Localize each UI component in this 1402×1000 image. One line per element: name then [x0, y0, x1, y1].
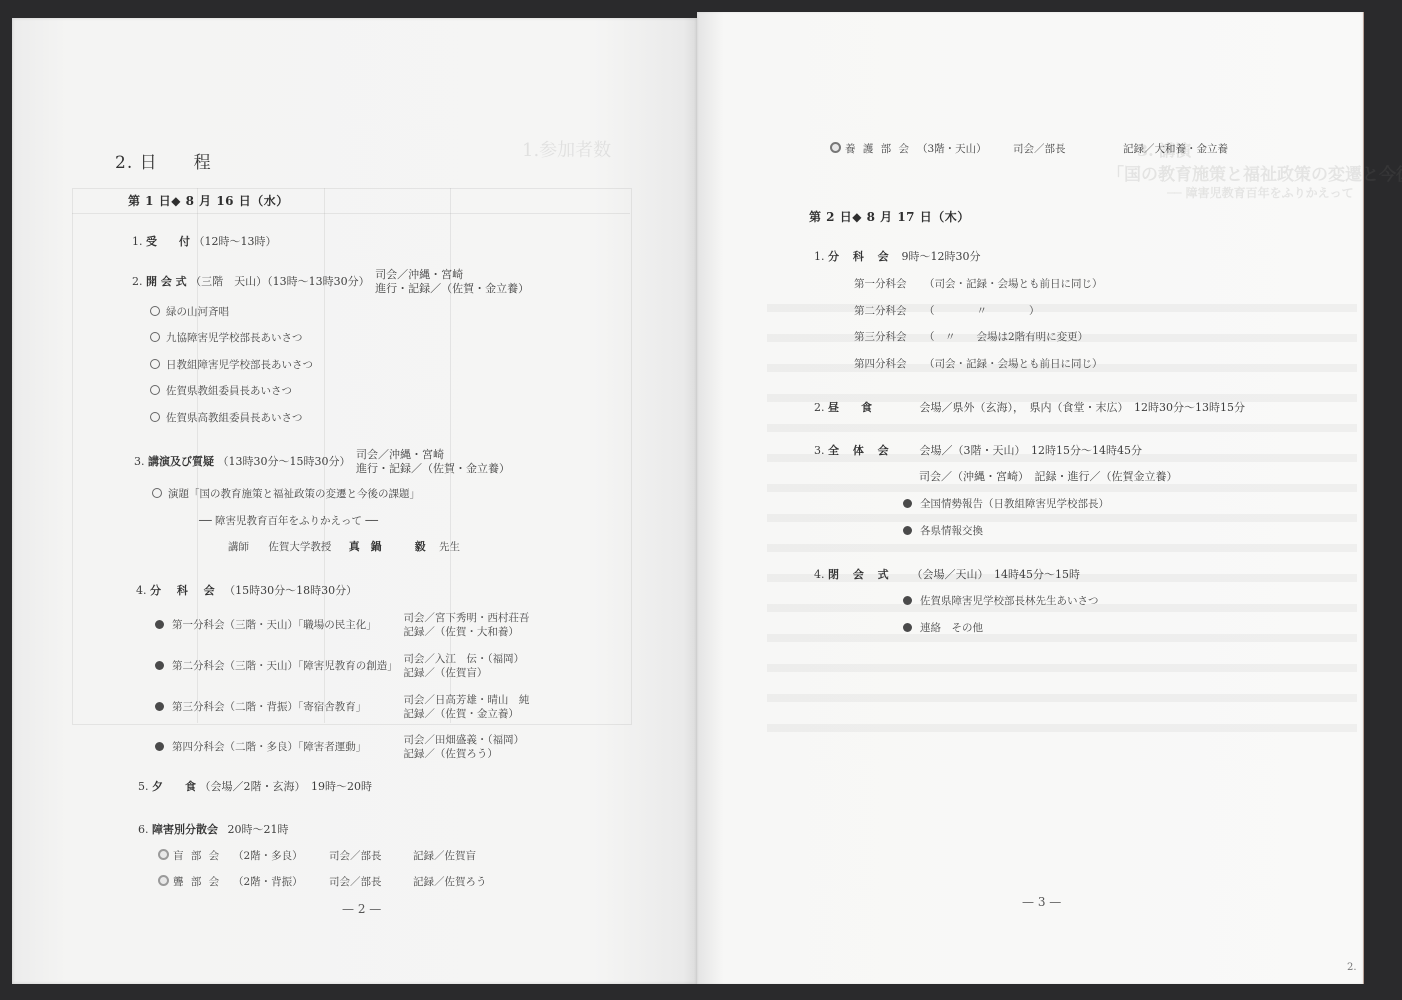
opening-subitem: 日教組障害児学校部長あいさつ — [150, 358, 313, 372]
schedule-item-reception: 1. 受 付 （12時〜13時） — [132, 235, 277, 249]
right-page: 3. 講演 「国の教育施策と福祉政策の変遷と今後の課題」 ── 障害児教育百年を… — [697, 12, 1364, 984]
plenary-roles: 司会／（沖縄・宮崎） 記録・進行／（佐賀金立養） — [919, 470, 1178, 484]
day2-heading: 第 2 日◆ 8 月 17 日（木） — [809, 208, 970, 225]
schedule-item-opening: 2. 開 会 式 （三階 天山）（13時〜13時30分） 司会／沖縄・宮崎 進行… — [132, 268, 529, 296]
bleed-through-title: 1.参加者数 — [522, 136, 611, 162]
lecture-chair: 司会／沖縄・宮崎 — [356, 448, 510, 462]
opening-recorder: 進行・記録／（佐賀・金立養） — [375, 282, 529, 296]
page-number: — 3 — — [1022, 895, 1061, 909]
schedule-item-sectionals: 4. 分 科 会 （15時30分〜18時30分） — [136, 584, 357, 598]
corner-mark: 2. — [1347, 962, 1357, 973]
closing-subitem: 佐賀県障害児学校部長林先生あいさつ — [903, 594, 1099, 608]
day2-session-1: 第一分科会（司会・記録・会場とも前日に同じ） — [854, 277, 1103, 291]
bleed-through-rule — [72, 213, 630, 214]
circle-bullet-icon — [150, 359, 160, 369]
filled-bullet-icon — [903, 596, 912, 605]
sectional-session-3: 第三分科会（二階・背振）「寄宿舎教育」 司会／日高芳雄・晴山 純記録／（佐賀・金… — [155, 693, 529, 721]
page-number: — 2 — — [342, 902, 381, 916]
double-circle-bullet-icon — [158, 875, 169, 886]
day1-heading: 第 1 日◆ 8 月 16 日（水） — [128, 192, 289, 209]
day2-item-plenary: 3. 全 体 会 会場／（3階・天山） 12時15分〜14時45分 — [814, 444, 1142, 458]
lecture-recorder: 進行・記録／（佐賀・金立養） — [356, 462, 510, 476]
breakout-group-blind: 盲 部 会（2階・多良）司会／部長記録／佐賀盲 — [158, 849, 476, 863]
schedule-item-dinner: 5. 夕 食 （会場／2階・玄海） 19時〜20時 — [138, 780, 372, 794]
day2-session-3: 第三分科会（ 〃 会場は2階有明に変更） — [854, 330, 1088, 344]
closing-subitem: 連絡 その他 — [903, 621, 983, 635]
lecture-subtitle: ── 障害児教育百年をふりかえって ── — [199, 514, 378, 528]
day2-item-closing: 4. 閉 会 式 （会場／天山） 14時45分〜15時 — [814, 568, 1080, 582]
filled-bullet-icon — [155, 661, 164, 670]
day2-session-2: 第二分科会（ 〃 ） — [854, 304, 1040, 318]
section-title: 2. 日 程 — [115, 148, 212, 173]
opening-subitem: 佐賀県教組委員長あいさつ — [150, 384, 292, 398]
day2-session-4: 第四分科会（司会・記録・会場とも前日に同じ） — [854, 357, 1103, 371]
circle-bullet-icon — [152, 488, 162, 498]
day2-item-lunch: 2. 昼 食 会場／県外（玄海）， 県内（食堂・末広） 12時30分〜13時15… — [814, 401, 1245, 415]
circle-bullet-icon — [150, 332, 160, 342]
opening-subitem: 緑の山河斉唱 — [150, 305, 229, 319]
filled-bullet-icon — [155, 620, 164, 629]
filled-bullet-icon — [903, 499, 912, 508]
opening-subitem: 佐賀県高教組委員長あいさつ — [150, 411, 303, 425]
opening-subitem: 九協障害児学校部長あいさつ — [150, 331, 303, 345]
double-circle-bullet-icon — [830, 142, 841, 153]
plenary-subitem: 各県情報交換 — [903, 524, 983, 538]
plenary-subitem: 全国情勢報告（日教組障害児学校部長） — [903, 497, 1109, 511]
filled-bullet-icon — [155, 742, 164, 751]
lecture-title: 演題「国の教育施策と福祉政策の変遷と今後の課題」 — [152, 487, 420, 501]
nursing-group: 養 護 部 会（3階・天山）司会／部長記録／大和養・金立養 — [830, 142, 1228, 156]
double-circle-bullet-icon — [158, 849, 169, 860]
bleed-through-subtitle: ── 障害児教育百年をふりかえって — [1167, 184, 1354, 201]
left-page: 1.参加者数 2. 日 程 第 1 日◆ 8 月 16 日（水） 1. 受 付 … — [12, 18, 697, 984]
circle-bullet-icon — [150, 306, 160, 316]
sectional-session-1: 第一分科会（三階・天山）「職場の民主化」 司会／宮下秀明・西村荘吾記録／（佐賀・… — [155, 611, 529, 639]
sectional-session-4: 第四分科会（二階・多良）「障害者運動」 司会／田畑盛義・（福岡）記録／（佐賀ろう… — [155, 733, 524, 761]
opening-chair: 司会／沖縄・宮崎 — [375, 268, 529, 282]
circle-bullet-icon — [150, 385, 160, 395]
day2-item-sectionals: 1. 分 科 会 9時〜12時30分 — [814, 250, 981, 264]
sectional-session-2: 第二分科会（三階・天山）「障害児教育の創造」 司会／入江 伝・（福岡）記録／（佐… — [155, 652, 524, 680]
schedule-item-lecture: 3. 講演及び質疑 （13時30分〜15時30分） 司会／沖縄・宮崎 進行・記録… — [134, 448, 510, 476]
filled-bullet-icon — [155, 702, 164, 711]
circle-bullet-icon — [150, 412, 160, 422]
breakout-group-deaf: 聾 部 会（2階・背振）司会／部長記録／佐賀ろう — [158, 875, 487, 889]
schedule-item-breakout: 6. 障害別分散会 20時〜21時 — [138, 823, 289, 837]
filled-bullet-icon — [903, 623, 912, 632]
bleed-through-title: 「国の教育施策と福祉政策の変遷と今後の課題」 — [1107, 160, 1402, 185]
bleed-through-body — [767, 282, 1357, 742]
lecturer: 講師 佐賀大学教授 真 鍋 毅 先生 — [228, 540, 460, 554]
filled-bullet-icon — [903, 526, 912, 535]
